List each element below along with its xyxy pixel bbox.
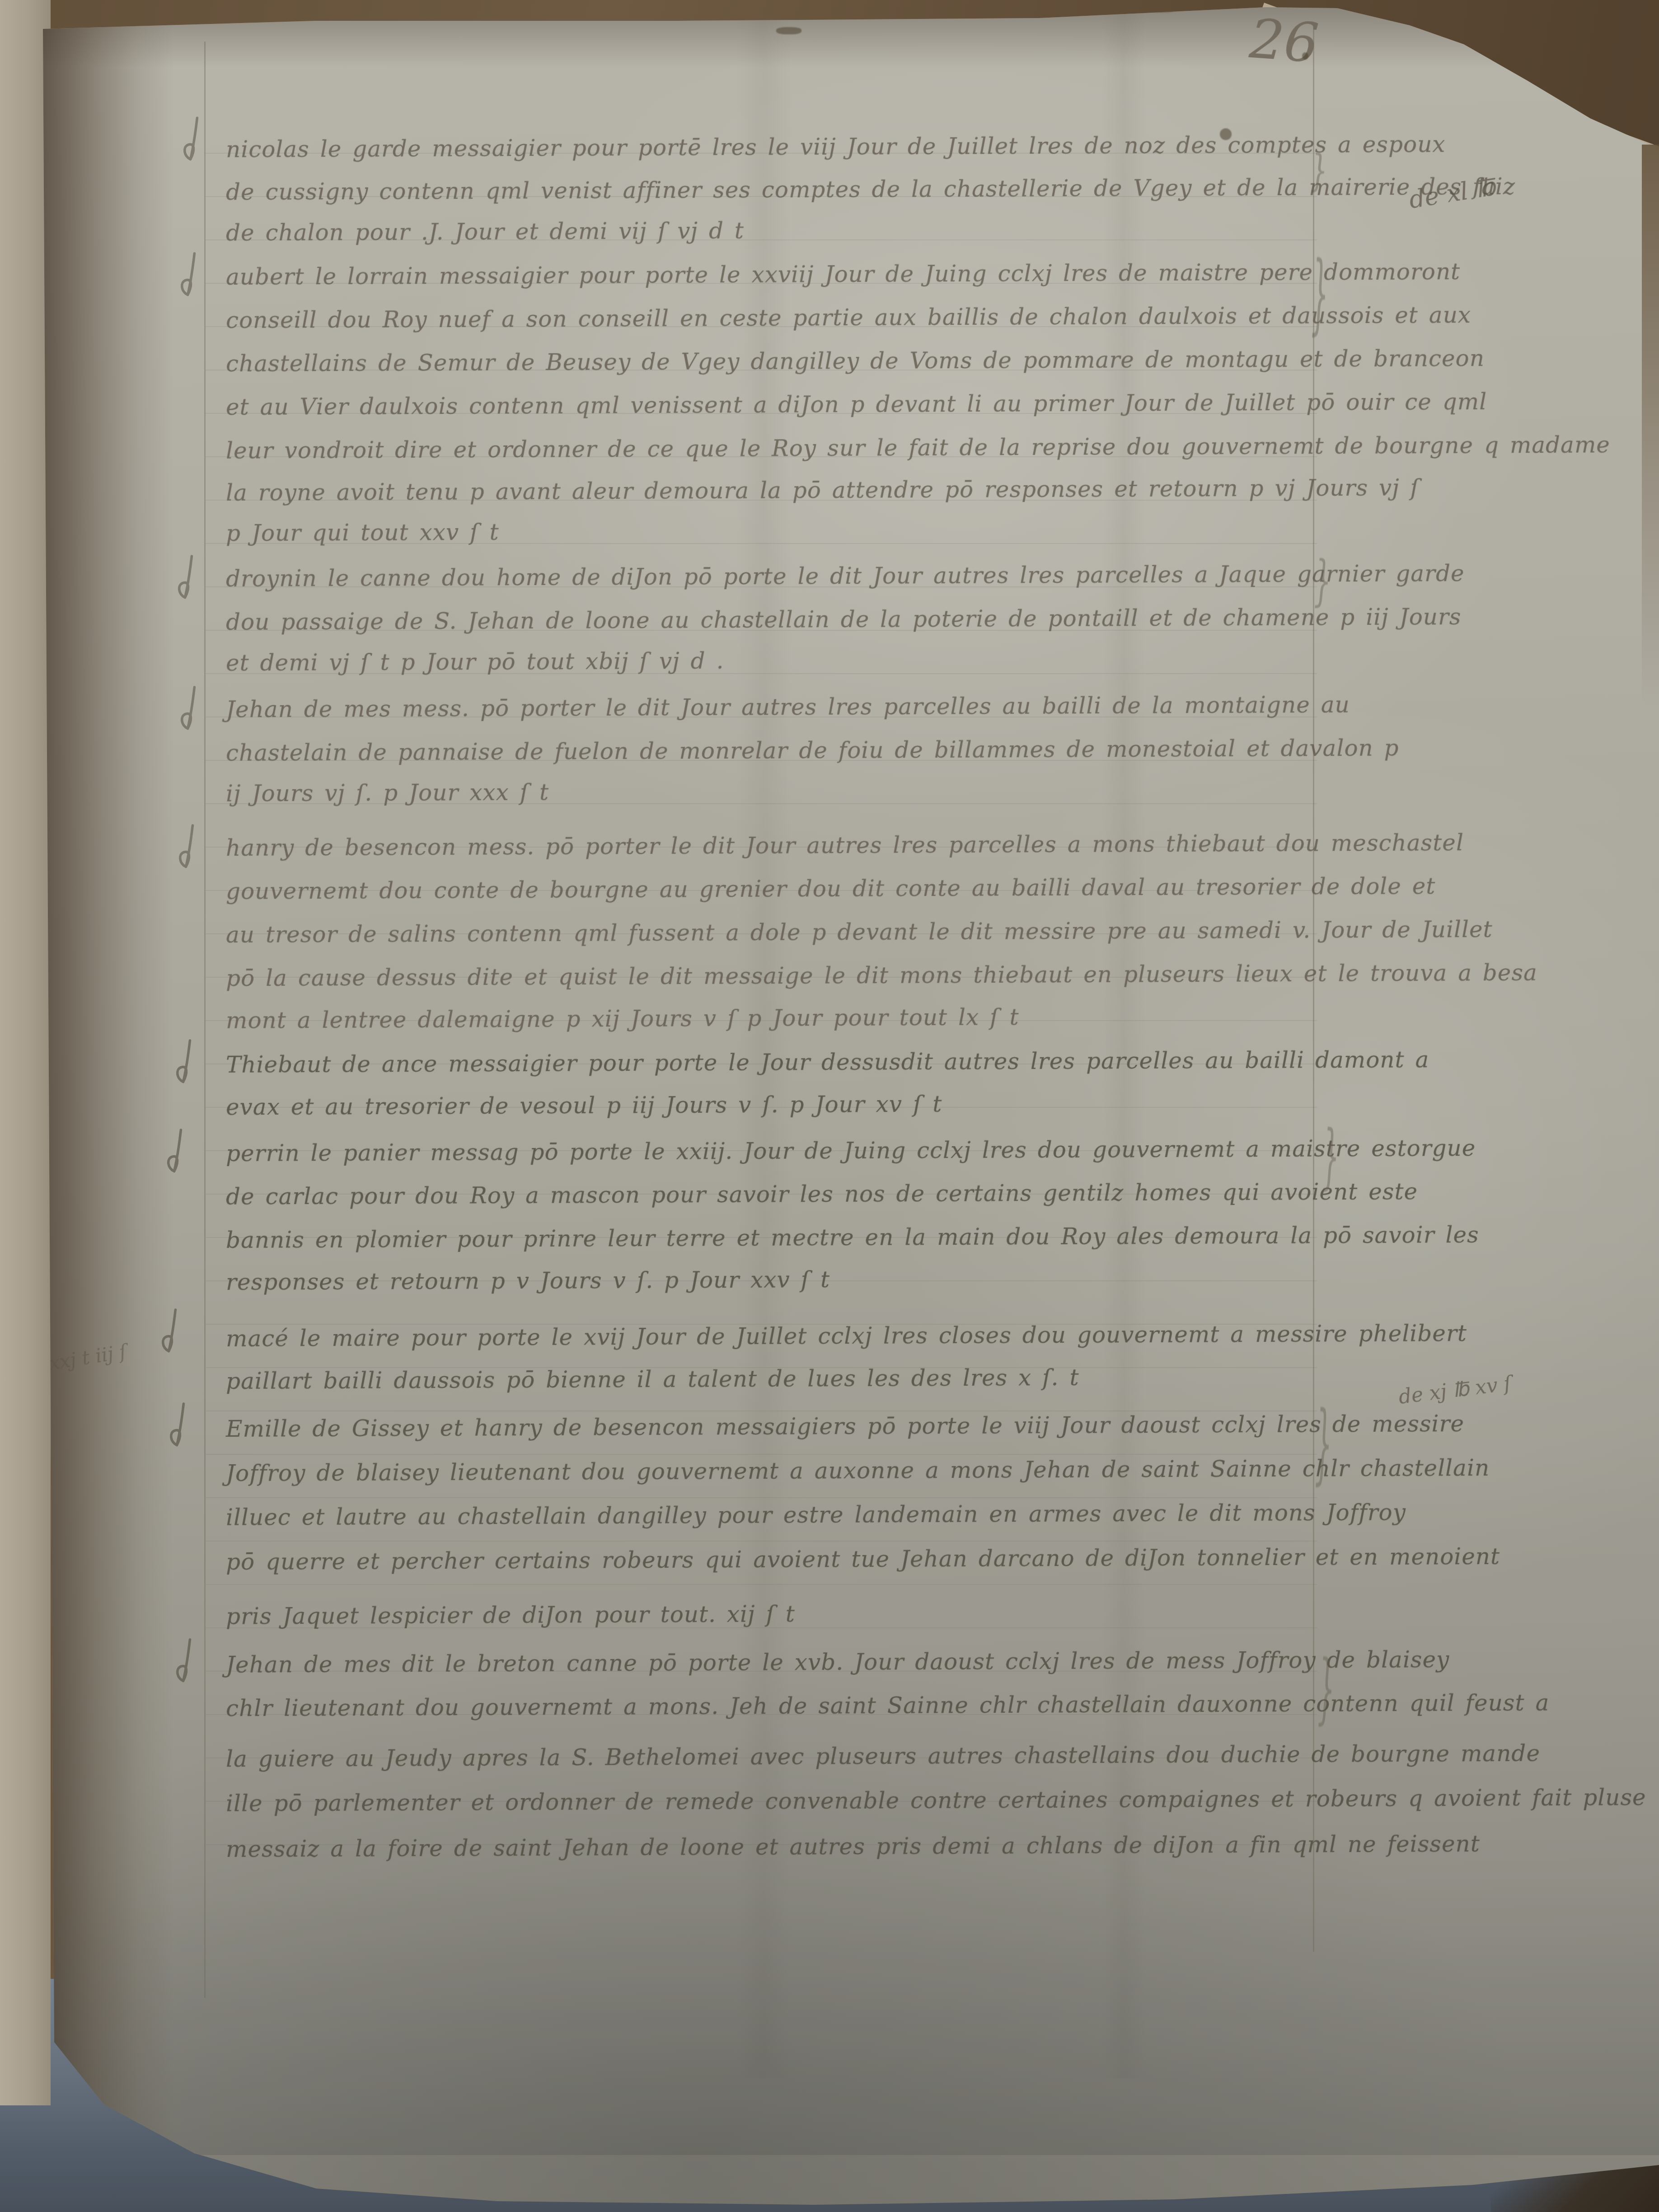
entry-line: Jehan de mes dit le breton canne pō port… [226,1646,1450,1678]
manuscript-page: 26 de xl ℔ de xj ℔ xv ſ xxxj t iij ſ nic… [0,0,1659,2212]
entry-line: illuec et lautre au chastellain dangille… [226,1499,1406,1530]
ink-speck [1302,52,1308,60]
folio-number: 26 [1247,8,1321,75]
entry-line: pō la cause dessus dite et quist le dit … [226,960,1537,992]
entry-line: evax et au tresorier de vesoul p iij Jou… [226,1091,942,1120]
entry-line: macé le maire pour porte le xvij Jour de… [226,1320,1467,1352]
line-end-brace: } [1322,1116,1339,1198]
paraph-mark-icon [175,823,199,870]
entry-line: Jehan de mes mess. pō porter le dit Jour… [226,692,1350,723]
entry-line: pō querre et percher certains robeurs qu… [226,1543,1500,1575]
paraph-mark-icon [173,1637,196,1684]
entry-line: ille pō parlementer et ordonner de remed… [226,1784,1646,1817]
entry-line: chastellains de Semur de Beusey de Vgey … [226,345,1485,377]
entry-line: messaiz a la foire de saint Jehan de loo… [226,1831,1480,1862]
paraph-mark-icon [177,251,201,298]
entry-line: Joffroy de blaisey lieutenant dou gouver… [226,1455,1490,1486]
entry-line: responses et retourn p v Jours v ſ. p Jo… [226,1266,830,1295]
entry-line: au tresor de salins contenn qml fussent … [226,916,1493,948]
entry-line: Emille de Gissey et hanry de besencon me… [226,1411,1464,1442]
left-margin-rule [204,42,206,1998]
entry-line: paillart bailli daussois pō bienne il a … [226,1364,1079,1394]
entry-line: dou passaige de S. Jehan de loone au cha… [226,604,1462,635]
paraph-mark-icon [180,116,203,163]
page-top-shadow [43,0,1659,68]
entry-line: la guiere au Jeudy apres la S. Bethelome… [226,1740,1540,1772]
entry-line: hanry de besencon mess. pō porter le dit… [226,829,1464,861]
entry-line: aubert le lorrain messaigier pour porte … [226,258,1460,290]
under-pages-edge [0,0,51,2105]
paraph-mark-icon [158,1308,182,1354]
entry-line: perrin le panier messag pō porte le xxii… [226,1135,1476,1167]
entry-line: chastelain de pannaise de fuelon de monr… [226,735,1399,766]
entry-line: nicolas le garde messaigier pour portē l… [226,131,1446,163]
manuscript-photo: 26 de xl ℔ de xj ℔ xv ſ xxxj t iij ſ nic… [0,0,1659,2212]
entry-line: p Jour qui tout xxv ſ t [226,519,499,547]
paraph-mark-icon [177,685,201,732]
entry-line: chlr lieutenant dou gouvernemt a mons. J… [226,1690,1550,1722]
entry-line: et au Vier daulxois contenn qml venissen… [226,389,1487,420]
line-end-brace: } [1311,244,1328,345]
entry-line: de chalon pour .J. Jour et demi vij ſ vj… [226,217,744,246]
paraph-mark-icon [173,1038,196,1085]
entry-line: gouvernemt dou conte de bourgne au greni… [226,873,1436,904]
entry-line: ij Jours vj ſ. p Jour xxx ſ t [226,779,549,806]
entry-line: leur vondroit dire et ordonner de ce que… [226,431,1610,464]
entry-line: et demi vj ſ t p Jour pō tout xbij ſ vj … [226,648,724,676]
ink-speck [1148,7,1176,13]
entry-line: de carlac pour dou Roy a mascon pour sav… [226,1178,1418,1210]
entry-line: Thiebaut de ance messaigier pour porte l… [226,1046,1429,1078]
line-end-brace: } [1315,1394,1332,1495]
entry-line: pris Jaquet lespicier de diJon pour tout… [226,1601,795,1629]
page-bottom-shade [43,1875,1659,2155]
paraph-mark-icon [174,554,198,601]
line-end-brace: } [1314,549,1331,613]
entry-line: droynin le canne dou home de diJon pō po… [226,560,1465,592]
ink-speck [776,27,801,34]
margin-note-right-bottom: de xj ℔ xv ſ [1397,1372,1513,1409]
wood-edge-sliver [1642,145,1659,709]
entry-line: conseill dou Roy nuef a son conseill en … [226,302,1471,333]
paraph-mark-icon [164,1128,187,1175]
entry-line: bannis en plomier pour prinre leur terre… [226,1222,1479,1253]
line-end-brace: } [1317,1645,1335,1733]
ink-speck [1220,128,1232,140]
paraph-mark-icon [166,1401,190,1448]
entry-line: mont a lentree dalemaigne p xij Jours v … [226,1004,1019,1034]
line-end-brace: } [1310,145,1327,196]
entry-line: la royne avoit tenu p avant aleur demour… [226,474,1419,506]
